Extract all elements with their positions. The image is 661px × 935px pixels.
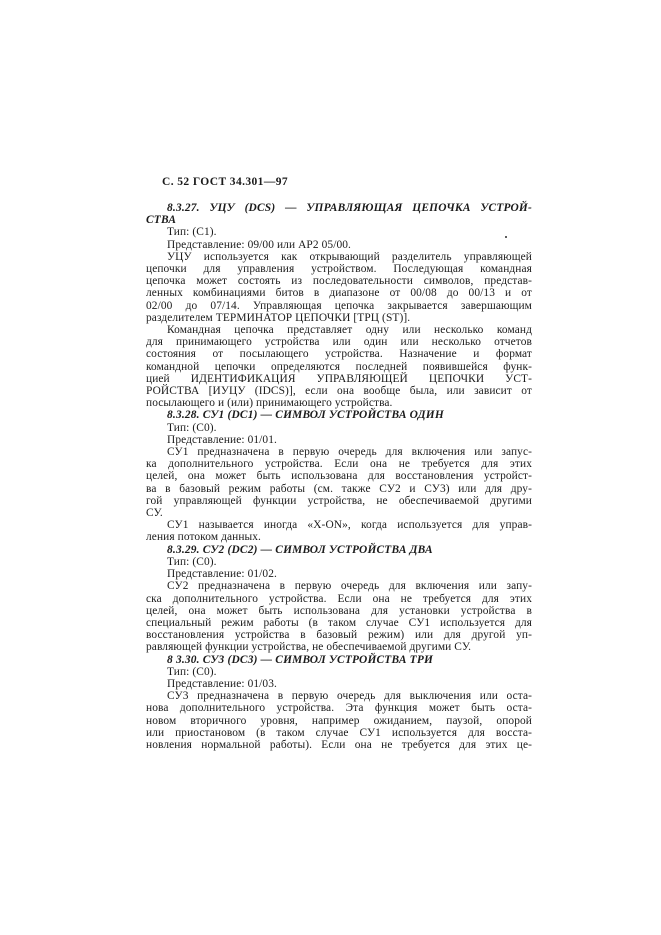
paragraph-dc2-1-line: ска дополнительного устройства. Если она… (146, 593, 532, 605)
paragraph-dc2-1-line: равляющей функции устройства, не обеспеч… (146, 641, 532, 653)
paragraph-dc1-1-line: целей, она может быть использована для в… (146, 470, 532, 482)
paragraph-dc3-1-line: новления нормальной работы). Если она не… (146, 739, 532, 751)
section-8-3-29-heading-line: 8.3.29. СУ2 (DC2) — СИМВОЛ УСТРОЙСТВА ДВ… (146, 544, 532, 556)
type-line-line: Тип: (С0). (146, 666, 532, 678)
running-header: С. 52 ГОСТ 34.301—97 (162, 176, 288, 188)
paragraph-dcs-1-line: ленных комбинациями битов в диапазоне от… (146, 287, 532, 299)
paragraph-dcs-2-line: цией ИДЕНТИФИКАЦИЯ УПРАВЛЯЮЩЕЙ ЦЕПОЧКИ У… (146, 373, 532, 385)
type-line-line: Тип: (С1). (146, 226, 532, 238)
paragraph-dc3-1-line: или приостановом (в таком случае СУ1 исп… (146, 727, 532, 739)
paragraph-dc1-1-line: СУ1 предназначена в первую очередь для в… (146, 446, 532, 458)
paragraph-dcs-1-line: цепочки для управления устройством. Посл… (146, 263, 532, 275)
representation-line-line: Представление: 09/00 или АР2 05/00. (146, 239, 532, 251)
paragraph-dcs-1-line: разделителем ТЕРМИНАТОР ЦЕПОЧКИ [ТРЦ (ST… (146, 312, 532, 324)
section-8-3-27-heading-line: 8.3.27. УЦУ (DCS) — УПРАВЛЯЮЩАЯ ЦЕПОЧКА … (146, 202, 532, 214)
paragraph-dc2-1-line: специальный режим работы (в таком случае… (146, 617, 532, 629)
paragraph-dc1-1-line: гой управляющей функции устройства, не о… (146, 495, 532, 507)
paragraph-dc2-1-line: СУ2 предназначена в первую очередь для в… (146, 580, 532, 592)
paragraph-dcs-1-line: УЦУ используется как открывающий раздели… (146, 251, 532, 263)
paragraph-dc3-1-line: СУ3 предназначена в первую очередь для в… (146, 690, 532, 702)
paragraph-dcs-2-line: для принимающего устройства или один или… (146, 336, 532, 348)
paragraph-dc3-1-line: новом вторичного уровня, например ожидан… (146, 715, 532, 727)
section-8-3-28-heading-line: 8.3.28. СУ1 (DC1) — СИМВОЛ УСТРОЙСТВА ОД… (146, 409, 532, 421)
representation-line-line: Представление: 01/02. (146, 568, 532, 580)
paragraph-dc1-1-line: ва в базовый режим работы (см. также СУ2… (146, 483, 532, 495)
paragraph-dc2-1-line: восстановления устройства в базовый режи… (146, 629, 532, 641)
paragraph-dc3-1-line: нова дополнительного устройства. Эта фун… (146, 702, 532, 714)
document-body: 8.3.27. УЦУ (DCS) — УПРАВЛЯЮЩАЯ ЦЕПОЧКА … (146, 202, 532, 751)
paragraph-dcs-2-line: Командная цепочка представляет одну или … (146, 324, 532, 336)
paragraph-dc1-1-line: ка дополнительного устройства. Если она … (146, 458, 532, 470)
paragraph-dcs-2-line: командной цепочки определяются последней… (146, 361, 532, 373)
paragraph-dcs-1-line: 02/00 до 07/14. Управляющая цепочка закр… (146, 300, 532, 312)
section-8-3-27-heading-line: СТВА (146, 214, 532, 226)
paragraph-dcs-2-line: состояния от посылающего устройства. Наз… (146, 348, 532, 360)
type-line-line: Тип: (С0). (146, 556, 532, 568)
paragraph-dc1-2-line: СУ1 называется иногда «X-ON», когда испо… (146, 519, 532, 531)
representation-line-line: Представление: 01/03. (146, 678, 532, 690)
section-8-3-30-heading-line: 8 3.30. СУ3 (DC3) — СИМВОЛ УСТРОЙСТВА ТР… (146, 654, 532, 666)
representation-line-line: Представление: 01/01. (146, 434, 532, 446)
paragraph-dc2-1-line: целей, она может быть использована для у… (146, 605, 532, 617)
paragraph-dc1-1-line: СУ. (146, 507, 532, 519)
paragraph-dcs-2-line: посылающего и (или) принимающего устройс… (146, 397, 532, 409)
type-line-line: Тип: (С0). (146, 422, 532, 434)
document-page: С. 52 ГОСТ 34.301—97 8.3.27. УЦУ (DCS) —… (0, 0, 661, 935)
paragraph-dcs-1-line: цепочка может состоять из последовательн… (146, 275, 532, 287)
paragraph-dc1-2-line: ления потоком данных. (146, 531, 532, 543)
scan-speck (505, 236, 507, 238)
paragraph-dcs-2-line: РОЙСТВА [ИУЦУ (IDCS)], если она вообще б… (146, 385, 532, 397)
